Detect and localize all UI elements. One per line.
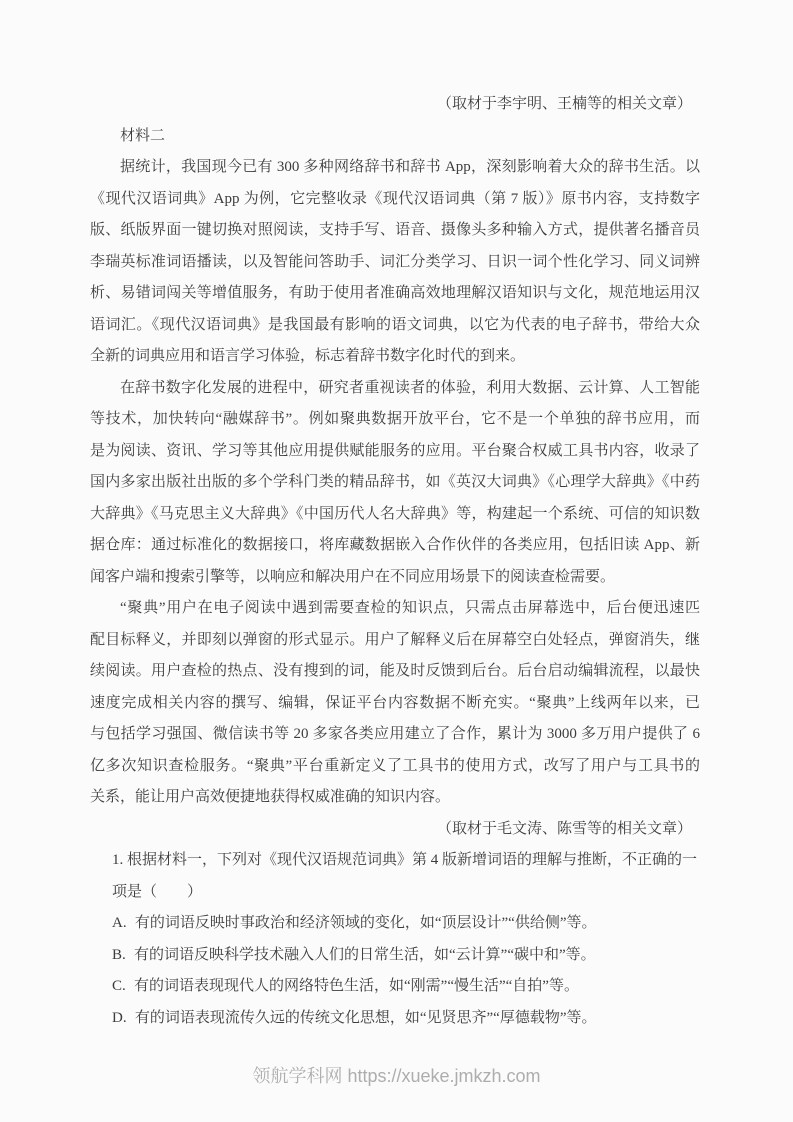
option-text: 有的词语表现现代人的网络特色生活，如“刚需”“慢生活”“自拍”等。 — [134, 978, 579, 994]
paragraph-line: 关系，能让用户高效便捷地获得权威准确的知识内容。 — [90, 782, 700, 814]
attribution-material-one: （取材于李宇明、王楠等的相关文章） — [90, 89, 700, 121]
answer-option: C.有的词语表现现代人的网络特色生活，如“刚需”“慢生活”“自拍”等。 — [112, 971, 684, 1003]
watermark-footer: 领航学科网 https://xueke.jmkzh.com — [0, 1062, 793, 1090]
paragraph-line: 据统计，我国现今已有 300 多种网络辞书和辞书 App，深刻影响着大众的辞书生… — [90, 152, 700, 184]
document-page: （取材于李宇明、王楠等的相关文章） 材料二 据统计，我国现今已有 300 多种网… — [0, 0, 793, 1122]
answer-option: B.有的词语反映科学技术融入人们的日常生活，如“云计算”“碳中和”等。 — [112, 940, 684, 972]
answer-option: A.有的词语反映时事政治和经济领域的变化，如“顶层设计”“供给侧”等。 — [112, 908, 684, 940]
question-stem: 1. 根据材料一，下列对《现代汉语规范词典》第 4 版新增词语的理解与推断，不正… — [112, 845, 684, 908]
paragraph-line: 亿多次知识查检服务。“聚典”平台重新定义了工具书的使用方式，改写了用户与工具书的 — [90, 751, 700, 783]
option-label: B. — [112, 947, 126, 963]
paragraph-line: “聚典”用户在电子阅读中遇到需要查检的知识点，只需点击屏幕选中，后台便迅速匹 — [90, 593, 700, 625]
option-text: 有的词语反映时事政治和经济领域的变化，如“顶层设计”“供给侧”等。 — [135, 915, 597, 931]
attribution-material-two: （取材于毛文涛、陈雪等的相关文章） — [90, 814, 700, 846]
answer-option: D.有的词语表现流传久远的传统文化思想，如“见贤思齐”“厚德载物”等。 — [112, 1003, 684, 1035]
paragraph-line: 在辞书数字化发展的进程中，研究者重视读者的体验，利用大数据、云计算、人工智能 — [90, 373, 700, 405]
body-paragraphs: 据统计，我国现今已有 300 多种网络辞书和辞书 App，深刻影响着大众的辞书生… — [90, 152, 700, 814]
paragraph-line: 据仓库：通过标准化的数据接口，将库藏数据嵌入合作伙伴的各类应用，包括旧读 App… — [90, 530, 700, 562]
paragraph-line: 《现代汉语词典》App 为例，它完整收录《现代汉语词典（第 7 版）》原书内容，… — [90, 184, 700, 216]
paragraph-line: 闻客户端和搜索引擎等，以响应和解决用户在不同应用场景下的阅读查检需要。 — [90, 562, 700, 594]
option-label: D. — [112, 1010, 127, 1026]
paragraph-line: 等技术，加快转向“融媒辞书”。例如聚典数据开放平台，它不是一个单独的辞书应用，而 — [90, 404, 700, 436]
paragraph-line: 析、易错词闯关等增值服务，有助于使用者准确高效地理解汉语知识与文化，规范地运用汉 — [90, 278, 700, 310]
question-options: A.有的词语反映时事政治和经济领域的变化，如“顶层设计”“供给侧”等。B.有的词… — [112, 908, 684, 1034]
paragraph-line: 续阅读。用户查检的热点、没有搜到的词，能及时反馈到后台。后台启动编辑流程，以最快 — [90, 656, 700, 688]
paragraph-line: 国内多家出版社出版的多个学科门类的精品辞书，如《英汉大词典》《心理学大辞典》《中… — [90, 467, 700, 499]
paragraph-line: 版、纸版界面一键切换对照阅读，支持手写、语音、摄像头多种输入方式，提供著名播音员 — [90, 215, 700, 247]
paragraph-line: 语词汇。《现代汉语词典》是我国最有影响的语文词典，以它为代表的电子辞书，带给大众 — [90, 310, 700, 342]
document-body: （取材于李宇明、王楠等的相关文章） 材料二 据统计，我国现今已有 300 多种网… — [90, 89, 700, 1034]
paragraph-line: 是为阅读、资讯、学习等其他应用提供赋能服务的应用。平台聚合权威工具书内容，收录了 — [90, 436, 700, 468]
option-label: A. — [112, 915, 127, 931]
option-text: 有的词语反映科学技术融入人们的日常生活，如“云计算”“碳中和”等。 — [134, 947, 596, 963]
paragraph-line: 与包括学习强国、微信读书等 20 多家各类应用建立了合作，累计为 3000 多万… — [90, 719, 700, 751]
paragraph-line: 大辞典》《马克思主义大辞典》《中国历代人名大辞典》等，构建起一个系统、可信的知识… — [90, 499, 700, 531]
option-text: 有的词语表现流传久远的传统文化思想，如“见贤思齐”“厚德载物”等。 — [135, 1010, 597, 1026]
question-stem-line: 项是（ ） — [112, 877, 684, 909]
watermark-text: 领航学科网 https://xueke.jmkzh.com — [252, 1066, 540, 1086]
paragraph-line: 配目标释义，并即刻以弹窗的形式显示。用户了解释义后在屏幕空白处轻点，弹窗消失，继 — [90, 625, 700, 657]
paragraph-line: 李瑞英标准词语播读，以及智能问答助手、词汇分类学习、日识一词个性化学习、同义词辨 — [90, 247, 700, 279]
paragraph-line: 全新的词典应用和语言学习体验，标志着辞书数字化时代的到来。 — [90, 341, 700, 373]
question-stem-line: 1. 根据材料一，下列对《现代汉语规范词典》第 4 版新增词语的理解与推断，不正… — [112, 845, 684, 877]
question-1-block: 1. 根据材料一，下列对《现代汉语规范词典》第 4 版新增词语的理解与推断，不正… — [112, 845, 684, 1034]
paragraph-line: 速度完成相关内容的撰写、编辑，保证平台内容数据不断充实。“聚典”上线两年以来，已 — [90, 688, 700, 720]
section-heading-material-two: 材料二 — [90, 121, 700, 153]
option-label: C. — [112, 978, 126, 994]
